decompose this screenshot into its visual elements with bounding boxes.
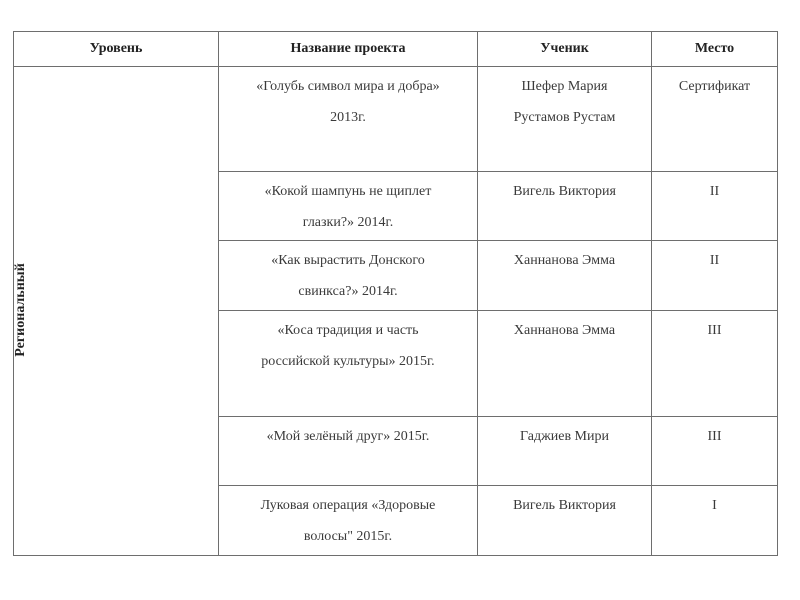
place-cell: III bbox=[652, 417, 778, 486]
student-cell: Шефер Мария Рустамов Рустам bbox=[478, 67, 652, 172]
table-row: «Голубь символ мира и добра» 2013г. Шефе… bbox=[14, 67, 778, 172]
place-cell: I bbox=[652, 486, 778, 556]
project-cell: «Голубь символ мира и добра» 2013г. bbox=[219, 67, 478, 172]
student-cell: Вигель Виктория bbox=[478, 172, 652, 241]
project-cell: «Как вырастить Донского свинкса?» 2014г. bbox=[219, 241, 478, 311]
header-project: Название проекта bbox=[219, 32, 478, 67]
project-cell: «Коса традиция и часть российской культу… bbox=[219, 311, 478, 417]
header-row: Уровень Название проекта Ученик Место bbox=[14, 32, 778, 67]
place-cell: III bbox=[652, 311, 778, 417]
place-cell: Сертификат bbox=[652, 67, 778, 172]
student-cell: Ханнанова Эмма bbox=[478, 241, 652, 311]
header-place: Место bbox=[652, 32, 778, 67]
place-cell: II bbox=[652, 172, 778, 241]
student-cell: Гаджиев Мири bbox=[478, 417, 652, 486]
project-cell: «Кокой шампунь не щиплет глазки?» 2014г. bbox=[219, 172, 478, 241]
project-cell: «Мой зелёный друг» 2015г. bbox=[219, 417, 478, 486]
header-level: Уровень bbox=[14, 32, 219, 67]
level-label: Региональный bbox=[13, 263, 29, 357]
student-cell: Вигель Виктория bbox=[478, 486, 652, 556]
projects-table: Уровень Название проекта Ученик Место «Г… bbox=[13, 31, 778, 556]
level-cell bbox=[14, 67, 219, 556]
project-cell: Луковая операция «Здоровые волосы" 2015г… bbox=[219, 486, 478, 556]
header-student: Ученик bbox=[478, 32, 652, 67]
place-cell: II bbox=[652, 241, 778, 311]
student-cell: Ханнанова Эмма bbox=[478, 311, 652, 417]
